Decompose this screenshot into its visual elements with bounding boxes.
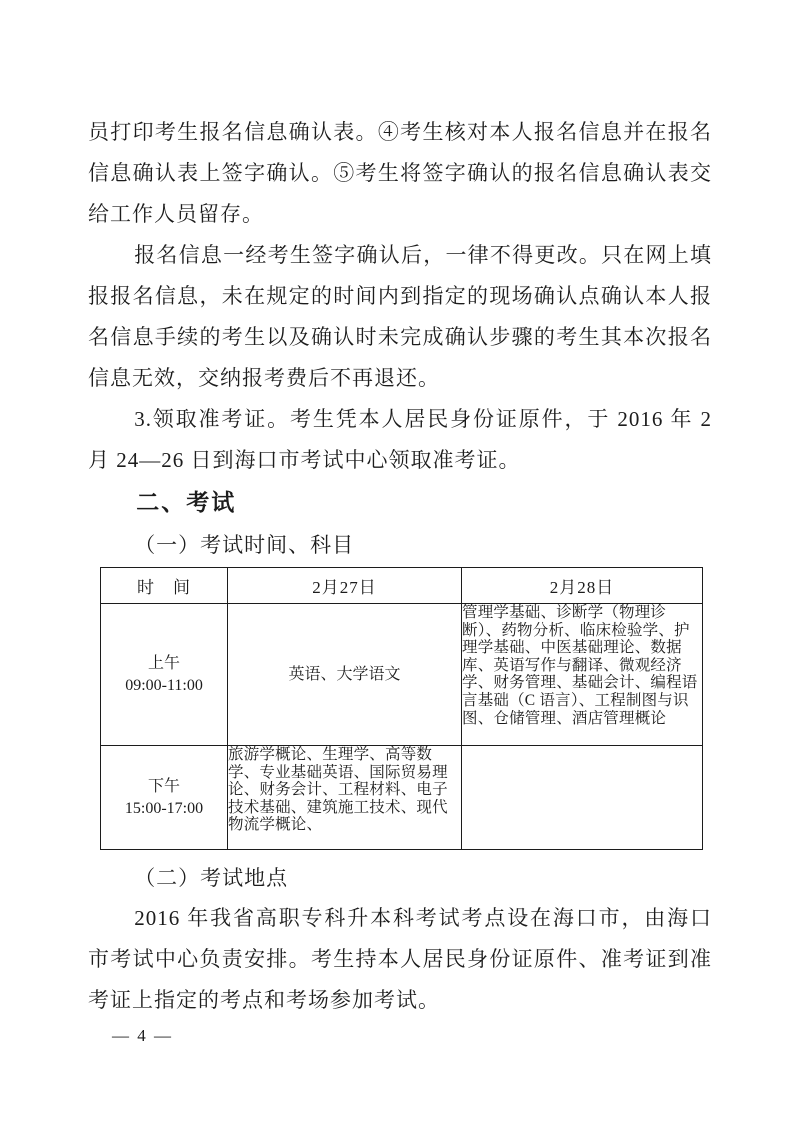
morning-time-range: 09:00-11:00 <box>101 675 227 697</box>
paragraph-exam-location: 2016 年我省高职专科升本科考试考点设在海口市，由海口市考试中心负责安排。考生… <box>88 898 712 1021</box>
cell-afternoon-feb28 <box>462 746 703 850</box>
afternoon-time-label: 下午 <box>101 776 227 798</box>
exam-schedule-table: 时 间 2月27日 2月28日 上午 09:00-11:00 英语、大学语文 管… <box>100 567 703 850</box>
table-header-feb28: 2月28日 <box>462 568 703 604</box>
table-row-morning: 上午 09:00-11:00 英语、大学语文 管理学基础、诊断学（物理诊断）、药… <box>101 604 703 746</box>
paragraph-admission-ticket: 3.领取准考证。考生凭本人居民身份证原件，于 2016 年 2 月 24—26 … <box>88 399 712 481</box>
table-header-row: 时 间 2月27日 2月28日 <box>101 568 703 604</box>
page-number: — 4 — <box>88 1023 712 1049</box>
document-page: 员打印考生报名信息确认表。④考生核对本人报名信息并在报名信息确认表上签字确认。⑤… <box>0 0 800 1131</box>
table-row-afternoon: 下午 15:00-17:00 旅游学概论、生理学、高等数学、专业基础英语、国际贸… <box>101 746 703 850</box>
cell-morning-feb28: 管理学基础、诊断学（物理诊断）、药物分析、临床检验学、护理学基础、中医基础理论、… <box>462 604 703 746</box>
cell-afternoon-feb27: 旅游学概论、生理学、高等数学、专业基础英语、国际贸易理论、财务会计、工程材料、电… <box>228 746 462 850</box>
paragraph-continuation: 员打印考生报名信息确认表。④考生核对本人报名信息并在报名信息确认表上签字确认。⑤… <box>88 112 712 235</box>
cell-morning-feb27: 英语、大学语文 <box>228 604 462 746</box>
subsection-exam-location: （二）考试地点 <box>88 858 712 898</box>
table-header-time: 时 间 <box>101 568 228 604</box>
afternoon-time-range: 15:00-17:00 <box>101 798 227 820</box>
cell-morning-time: 上午 09:00-11:00 <box>101 604 228 746</box>
section-heading-exam: 二、考试 <box>88 481 712 525</box>
morning-time-label: 上午 <box>101 653 227 675</box>
paragraph-signing-rule: 报名信息一经考生签字确认后，一律不得更改。只在网上填报报名信息，未在规定的时间内… <box>88 235 712 399</box>
table-header-feb27: 2月27日 <box>228 568 462 604</box>
subsection-exam-time-subjects: （一）考试时间、科目 <box>88 525 712 565</box>
cell-afternoon-time: 下午 15:00-17:00 <box>101 746 228 850</box>
